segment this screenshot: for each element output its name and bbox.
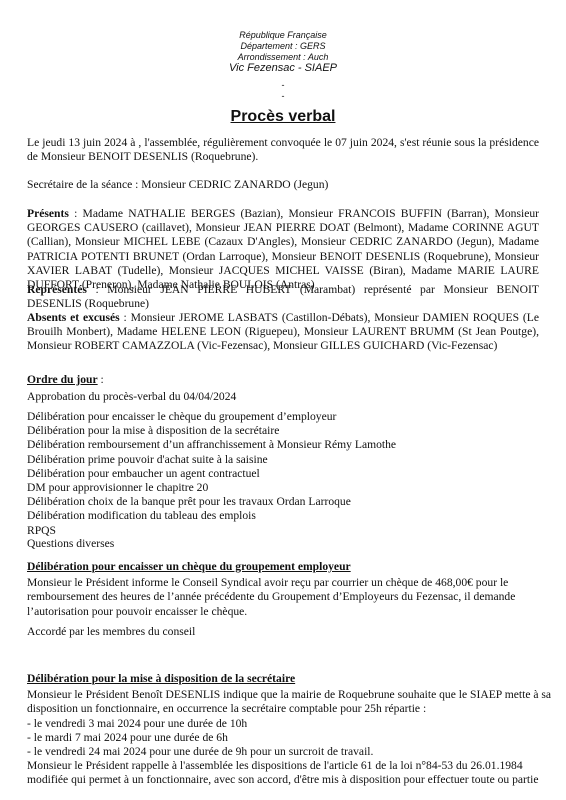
header-organization: Vic Fezensac - SIAEP bbox=[0, 62, 566, 75]
section-secretary: Délibération pour la mise à disposition … bbox=[27, 672, 539, 788]
absent-label: Absents et excusés bbox=[27, 311, 120, 324]
header-republic: République Française bbox=[0, 30, 566, 41]
section-line: remboursement des heures de l’année préc… bbox=[27, 590, 539, 604]
agenda-item: Délibération remboursement d’un affranch… bbox=[27, 438, 539, 452]
section-cheque: Délibération pour encaisser un chèque du… bbox=[27, 560, 539, 639]
section-heading: Délibération pour encaisser un chèque du… bbox=[27, 560, 539, 574]
section-heading: Délibération pour la mise à disposition … bbox=[27, 672, 539, 686]
agenda-item: DM pour approvisionner le chapitre 20 bbox=[27, 481, 539, 495]
section-line: modifiée qui permet à un fonctionnaire, … bbox=[27, 773, 539, 787]
agenda-item: Délibération pour embaucher un agent con… bbox=[27, 467, 539, 481]
agenda-heading-suffix: : bbox=[98, 373, 104, 386]
agenda-item: Délibération modification du tableau des… bbox=[27, 509, 539, 523]
agenda-item: Délibération choix de la banque prêt pou… bbox=[27, 495, 539, 509]
section-line: Monsieur le Président rappelle à l'assem… bbox=[27, 759, 539, 773]
absent-members: Absents et excusés : Monsieur JEROME LAS… bbox=[27, 311, 539, 354]
agenda-misc: Questions diverses bbox=[27, 537, 539, 551]
represented-list: : Monsieur JEAN PIERRE HUBERT (Marambat)… bbox=[27, 283, 539, 310]
document-page: République Française Département : GERS … bbox=[0, 0, 566, 800]
section-decision: Accordé par les membres du conseil bbox=[27, 625, 539, 639]
agenda-heading: Ordre du jour : bbox=[27, 373, 539, 387]
present-members: Présents : Madame NATHALIE BERGES (Bazia… bbox=[27, 207, 539, 292]
present-list: : Madame NATHALIE BERGES (Bazian), Monsi… bbox=[27, 207, 539, 291]
present-label: Présents bbox=[27, 207, 69, 220]
intro-paragraph: Le jeudi 13 juin 2024 à , l'assemblée, r… bbox=[27, 136, 539, 164]
agenda-item: Délibération pour encaisser le chèque du… bbox=[27, 410, 539, 424]
header-dash: - bbox=[0, 80, 566, 90]
section-line: l’autorisation pour pouvoir encaisser le… bbox=[27, 605, 539, 619]
header-arrondissement: Arrondissement : Auch bbox=[0, 52, 566, 63]
section-line: - le vendredi 24 mai 2024 pour une durée… bbox=[27, 745, 539, 759]
page-title: Procès verbal bbox=[0, 107, 566, 127]
agenda-heading-text: Ordre du jour bbox=[27, 373, 98, 386]
agenda-list: Délibération pour encaisser le chèque du… bbox=[27, 410, 539, 538]
section-line: - le vendredi 3 mai 2024 pour une durée … bbox=[27, 717, 539, 731]
section-line: Monsieur le Président Benoît DESENLIS in… bbox=[27, 688, 539, 702]
header-dash: - bbox=[0, 91, 566, 101]
secretary-line: Secrétaire de la séance : Monsieur CEDRI… bbox=[27, 178, 539, 192]
represented-label: Représentés bbox=[27, 283, 87, 296]
represented-members: Représentés : Monsieur JEAN PIERRE HUBER… bbox=[27, 283, 539, 311]
agenda-item: Délibération pour la mise à disposition … bbox=[27, 424, 539, 438]
section-line: - le mardi 7 mai 2024 pour une durée de … bbox=[27, 731, 539, 745]
section-line: disposition un fonctionnaire, en occurre… bbox=[27, 702, 539, 716]
agenda-item: Délibération prime pouvoir d'achat suite… bbox=[27, 453, 539, 467]
agenda-approval: Approbation du procès-verbal du 04/04/20… bbox=[27, 390, 539, 404]
agenda-item: RPQS bbox=[27, 524, 539, 538]
section-line: Monsieur le Président informe le Conseil… bbox=[27, 576, 539, 590]
header-department: Département : GERS bbox=[0, 41, 566, 52]
